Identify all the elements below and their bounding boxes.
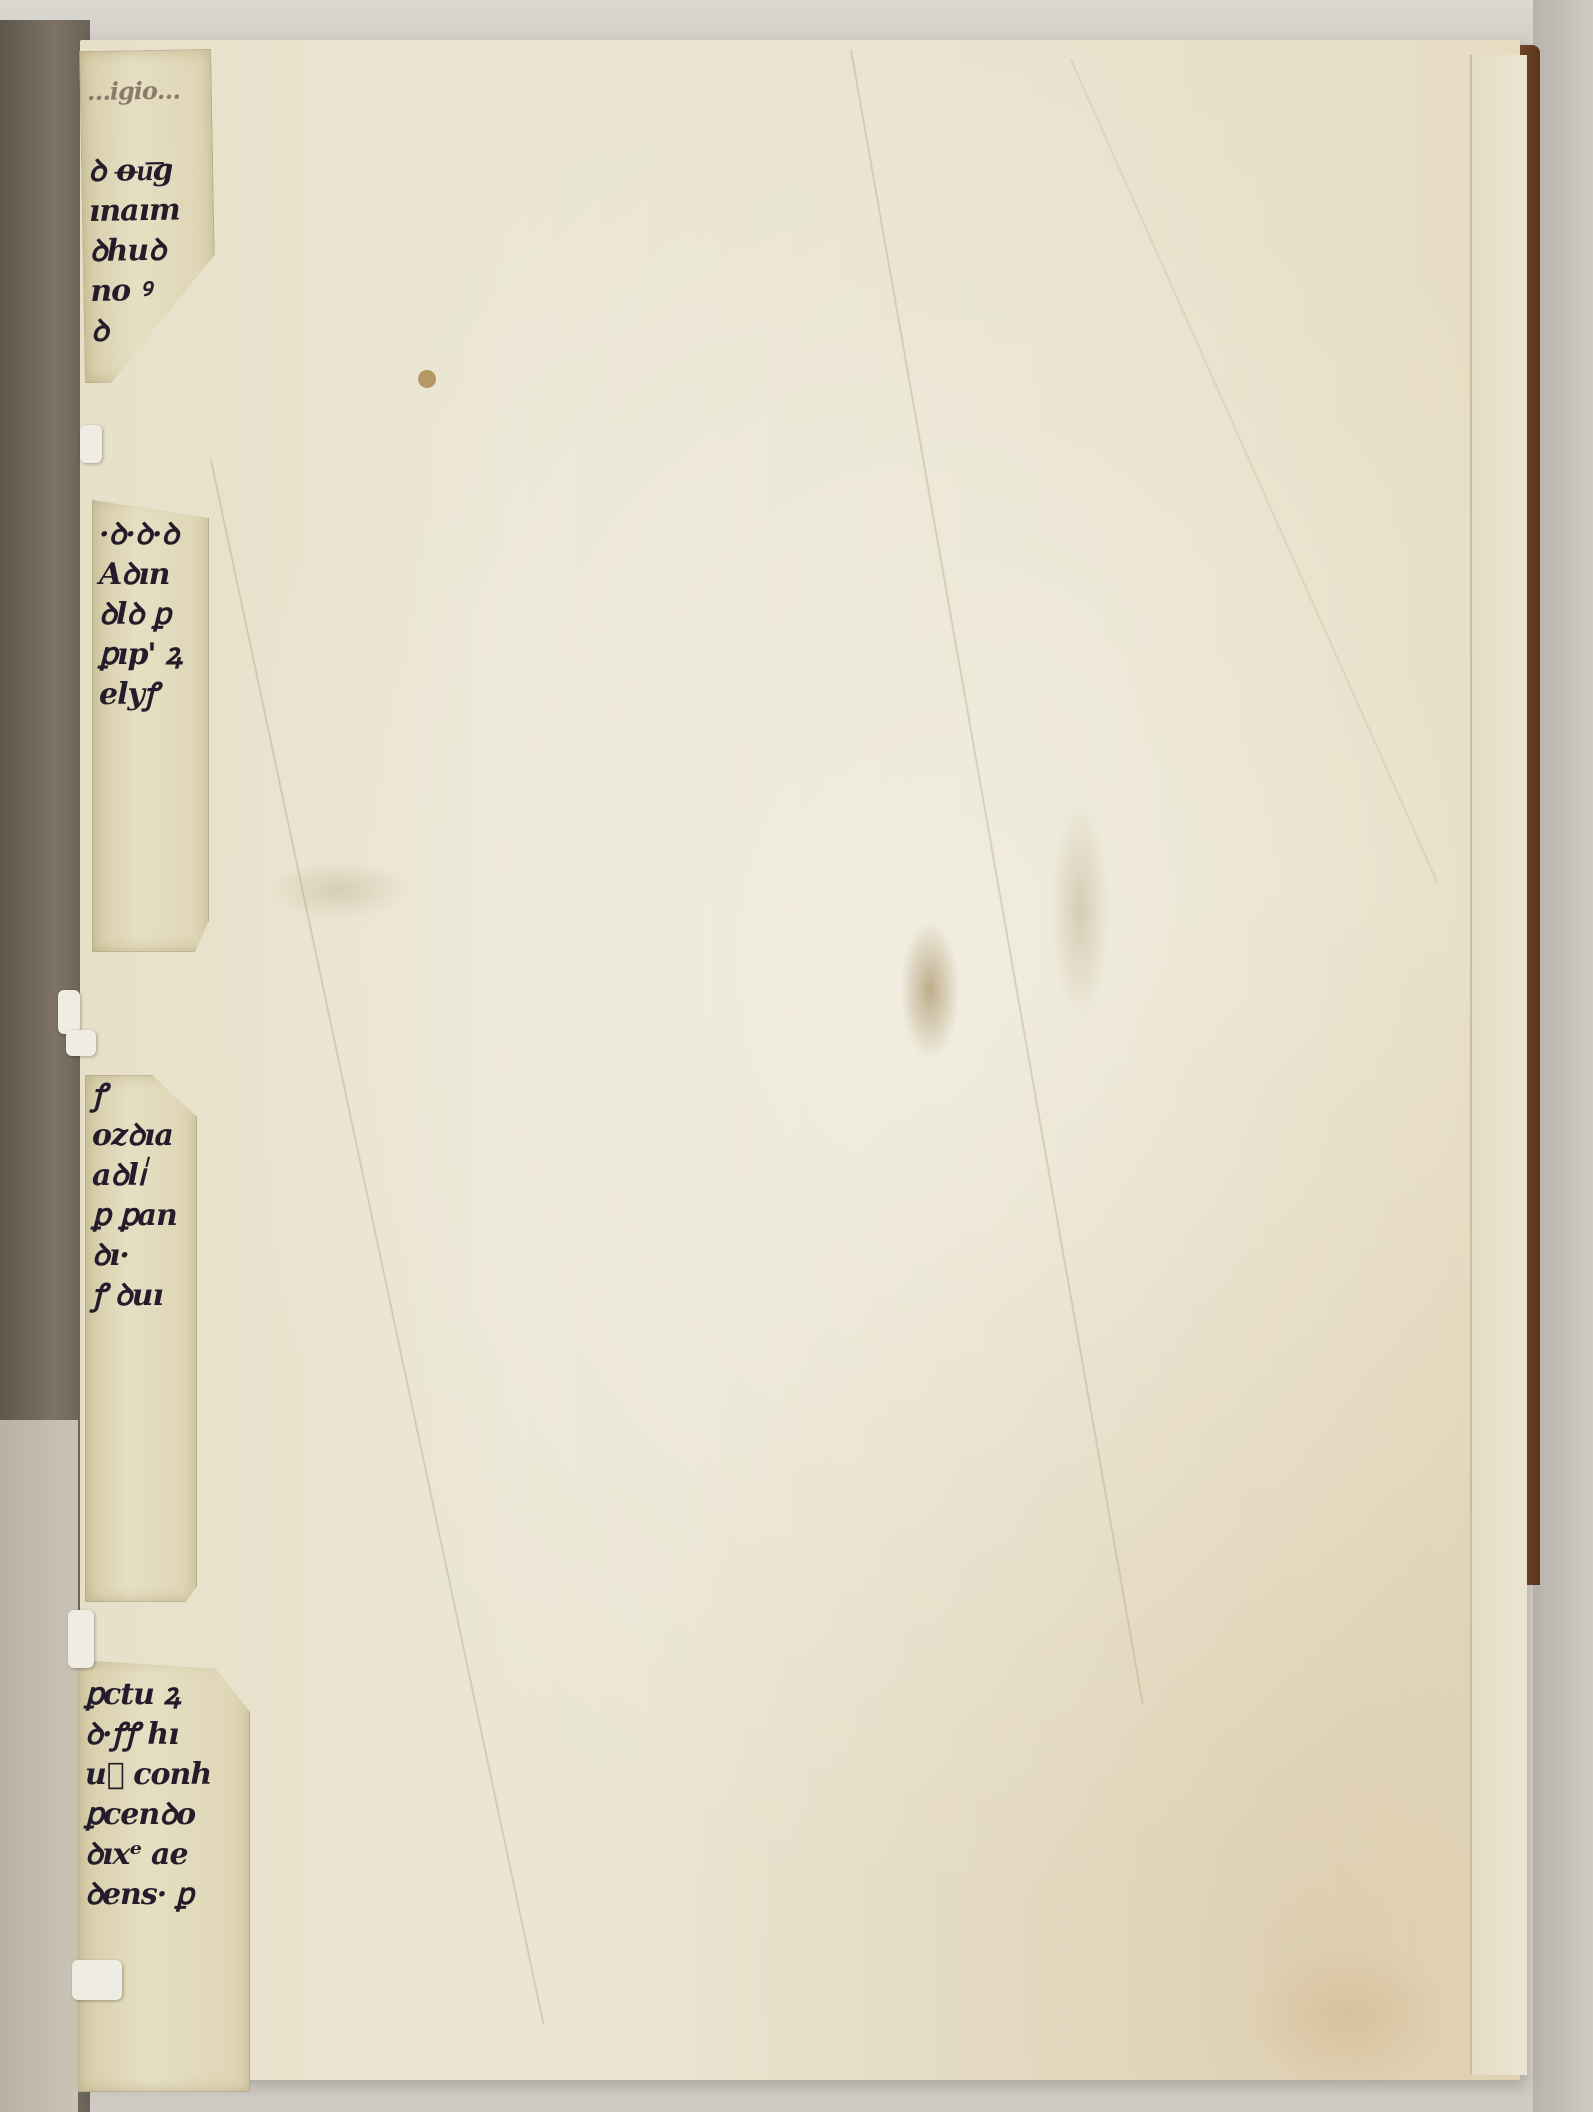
strip-text-line: Aꝺın [93,555,208,595]
strip-text-line: ꝑctu ꝝ [79,1675,249,1715]
strip-text-line: ꝺı· [86,1236,196,1276]
strip-text-line: ꝺhuꝺ [83,230,214,272]
strip-text-line: ꝭ ꝺuı [86,1276,196,1316]
stain-mark [418,370,436,388]
strip-text-line: ꝑıp' ꝝ [93,635,208,675]
strip-text-line: uᷝ conh [79,1755,249,1795]
strip-text-line: aꝺlıᷝ [86,1156,196,1196]
sewing-tab [80,425,102,463]
strip-text-line: ꝑ ꝑan [86,1196,196,1236]
manuscript-strip-bottom: ꝑctu ꝝ ꝺ·ꝭꝭ hı uᷝ conh ꝑcenꝺo ꝺıxᵉ ae ꝺe… [78,1660,250,2092]
strip-text-line: ꝺlꝺ ꝑ [93,595,208,635]
sewing-tab [66,1030,96,1056]
crease-line [1070,59,1438,882]
strip-text-line: ozꝺıa [86,1116,196,1156]
strip-text-line: ꝺ ꝋu͞g [82,150,213,192]
strip-text-line: ꝺıxᵉ ae [79,1835,249,1875]
sewing-tab [72,1960,122,2000]
stain-mark [270,860,410,920]
strip-header-text: …igio… [80,70,211,112]
sewing-tab [58,990,80,1034]
sewing-tab [68,1610,94,1668]
stain-mark [1250,1940,1450,2090]
background-top [0,0,1593,45]
crease-line [210,460,545,2025]
pastedown-edge [0,1420,78,2112]
manuscript-strip-lower-middle: ꝭ ozꝺıa aꝺlıᷝ ꝑ ꝑan ꝺı· ꝭ ꝺuı [85,1075,197,1602]
strip-text-line: elyꝭ [93,675,208,715]
strip-text-line: ꝑcenꝺo [79,1795,249,1835]
stain-mark [900,920,960,1060]
stain-mark [1050,800,1110,1020]
strip-text-line: ꝺ·ꝭꝭ hı [79,1715,249,1755]
flyleaf-page [80,40,1520,2080]
manuscript-strip-upper-middle: ·ꝺ·ꝺ·ꝺ Aꝺın ꝺlꝺ ꝑ ꝑıp' ꝝ elyꝭ [92,500,209,952]
strip-text-line: ꝺens· ꝑ [79,1875,249,1915]
page-fore-edge [1470,55,1527,2075]
strip-text-line: ınaım [83,190,214,232]
background-right [1533,0,1593,2112]
strip-text-line: ·ꝺ·ꝺ·ꝺ [93,515,208,555]
